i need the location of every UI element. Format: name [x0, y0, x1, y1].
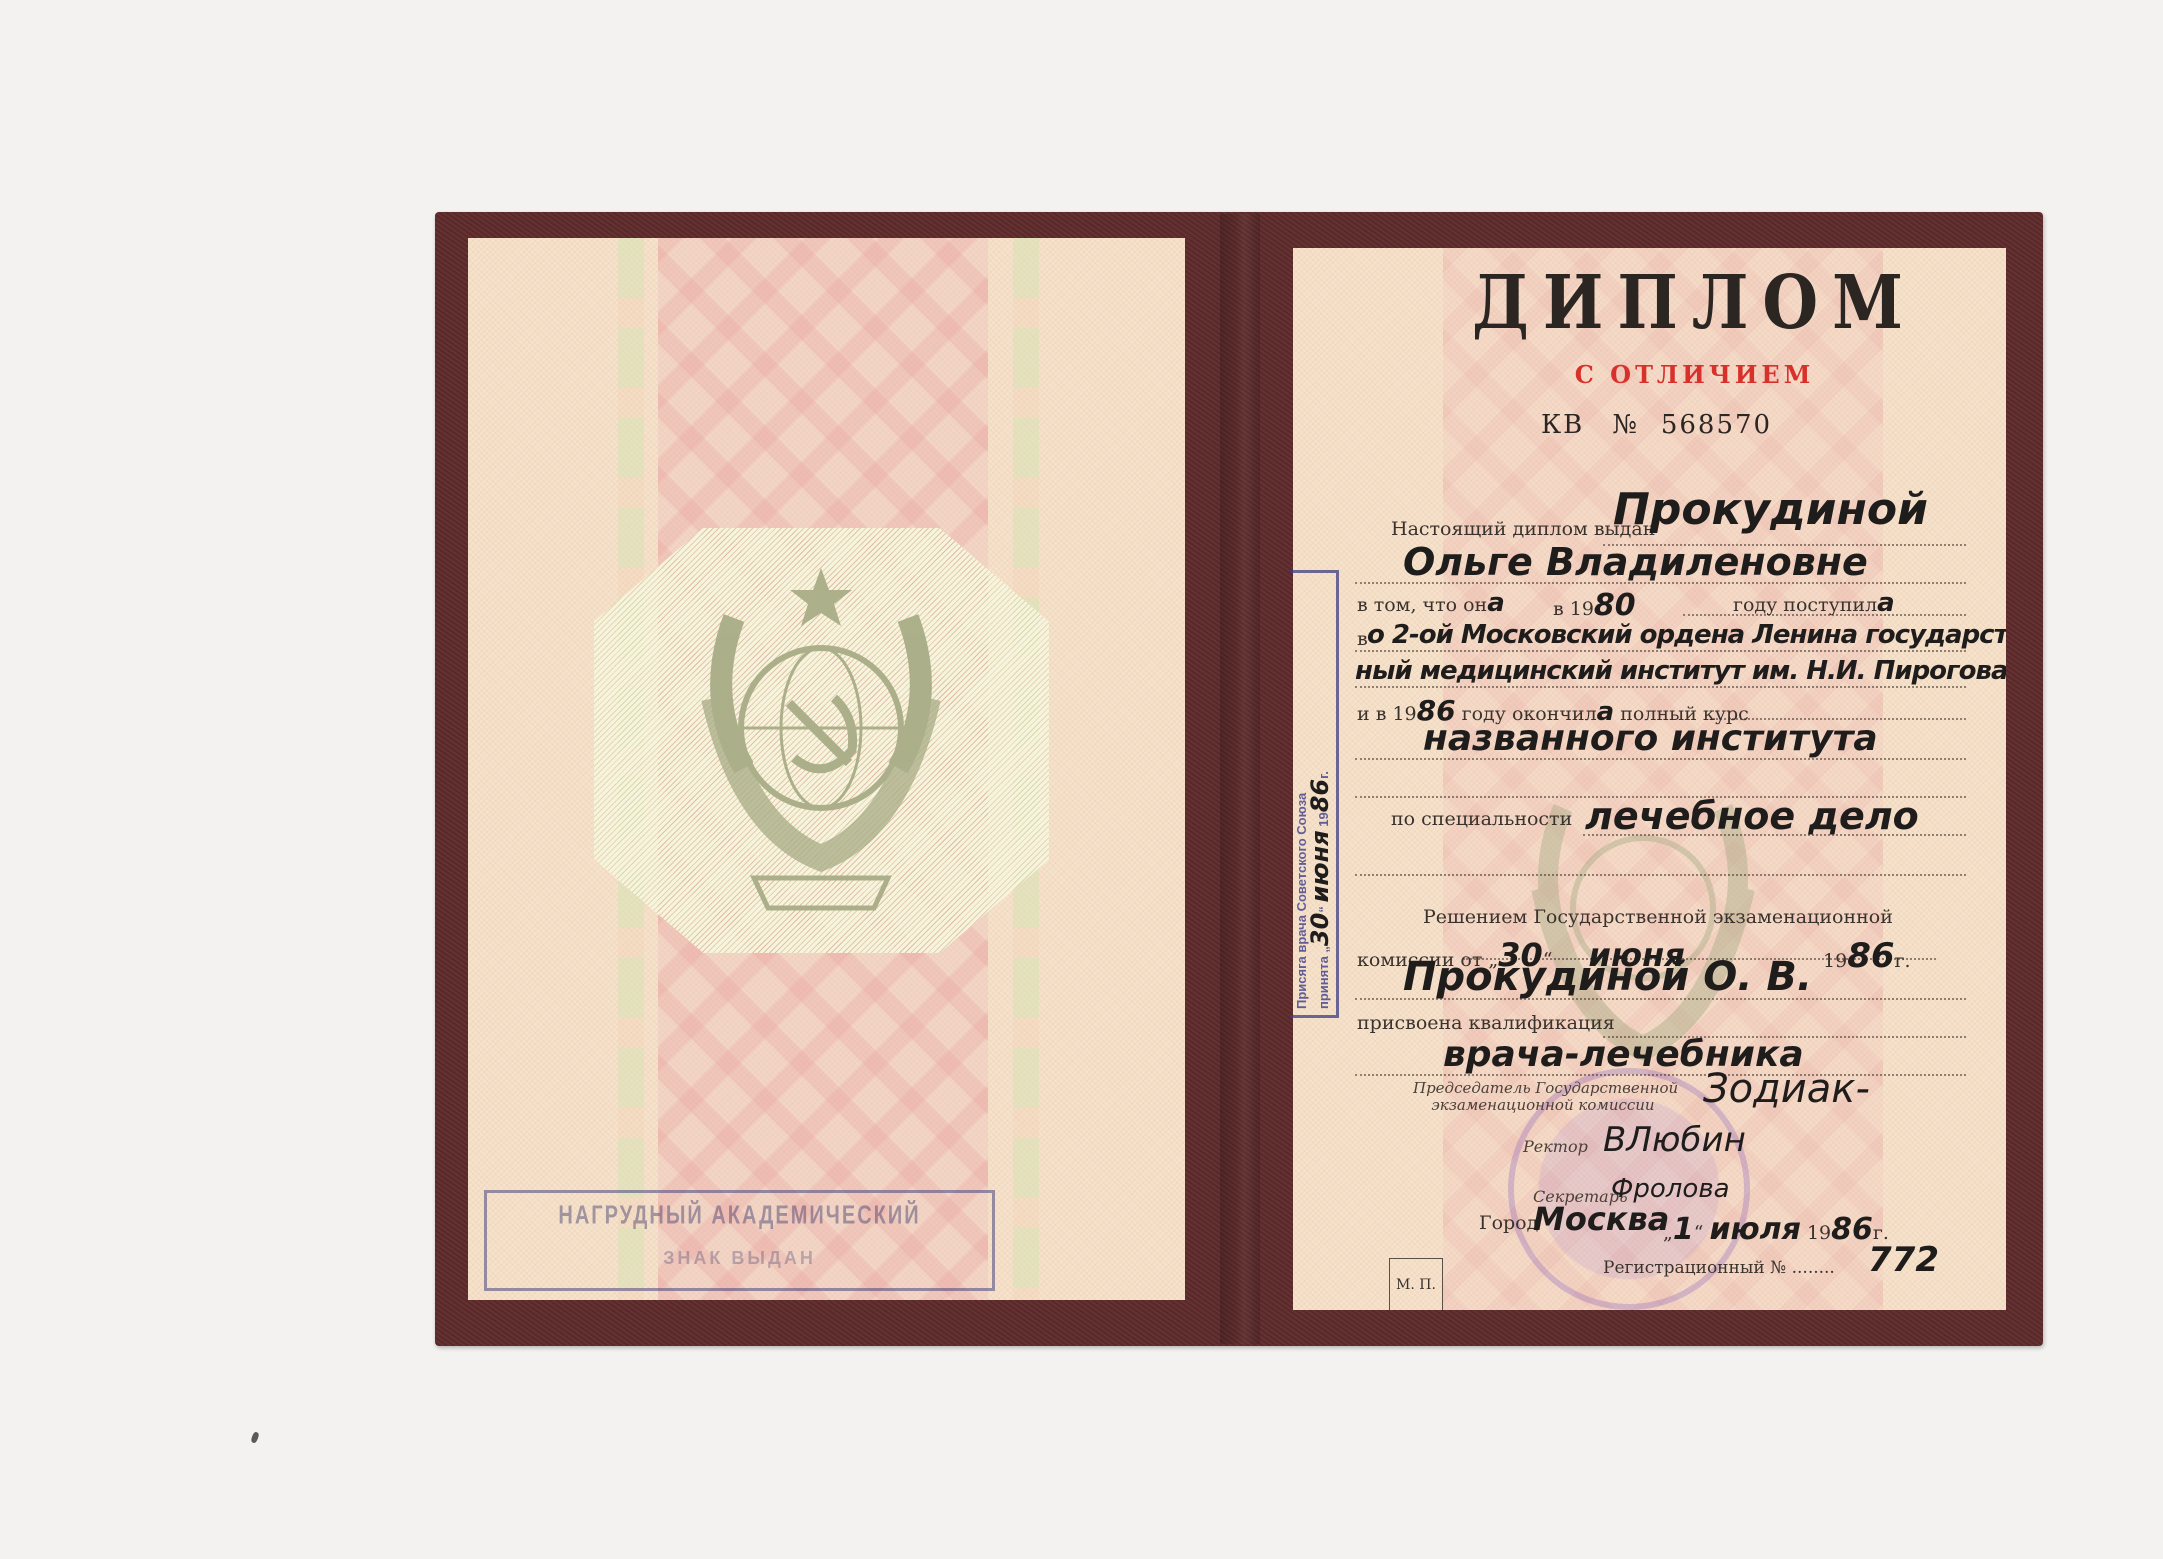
academic-badge-stamp: НАГРУДНЫЙ АКАДЕМИЧЕСКИЙ ЗНАК ВЫДАН: [484, 1190, 995, 1291]
chair-signature: Зодиак-: [1703, 1066, 1870, 1112]
field-line: [1355, 686, 1966, 688]
course-value: названного института: [1423, 718, 1878, 759]
institute-line-1: о 2-ой Московский ордена Ленина государс…: [1367, 620, 2006, 650]
enroll-year: 80: [1594, 588, 1636, 623]
number-sign: №: [1612, 410, 1639, 440]
scanner-speck: [250, 1431, 259, 1443]
city-value: Москва: [1533, 1200, 1669, 1238]
seal-place-box: М. П.: [1389, 1258, 1443, 1310]
diploma-subtitle: С ОТЛИЧИЕМ: [1293, 360, 2006, 389]
oath-day: 30: [1306, 913, 1334, 946]
diploma-title: ДИПЛОМ: [1293, 260, 2006, 346]
physician-oath-stamp: Присяга врача Советского Союза принята „…: [1290, 570, 1339, 1018]
field-line: [1355, 650, 1966, 652]
diploma-spine: [1220, 214, 1260, 1344]
ussr-coat-of-arms-icon: [594, 528, 1049, 953]
recipient-surname: Прокудиной: [1613, 484, 1928, 535]
oath-year: 86: [1306, 779, 1334, 812]
left-page: НАГРУДНЫЙ АКАДЕМИЧЕСКИЙ ЗНАК ВЫДАН: [468, 238, 1185, 1300]
diploma-serial: КВ№568570: [1541, 410, 1772, 440]
institute-line-2: ный медицинский институт им. Н.И. Пирого…: [1355, 656, 2006, 686]
specialty-value: лечебное дело: [1585, 794, 1919, 838]
issue-day: 1: [1673, 1212, 1694, 1247]
decision-year: 86: [1847, 936, 1894, 976]
recipient-name: Ольге Владиленовне: [1403, 540, 1868, 584]
oath-month: июня: [1306, 830, 1334, 902]
recipient-short: Прокудиной О. В.: [1403, 954, 1812, 1000]
rector-signature: ВЛюбин: [1603, 1120, 1746, 1160]
series: КВ: [1541, 410, 1584, 440]
serial-number: 568570: [1661, 410, 1772, 440]
registration-number: 772: [1868, 1240, 1939, 1280]
issue-year: 86: [1831, 1212, 1873, 1247]
issue-month: июля: [1709, 1212, 1800, 1247]
field-line: [1355, 874, 1966, 876]
right-page: ДИПЛОМ С ОТЛИЧИЕМ КВ№568570 Настоящий ди…: [1293, 248, 2006, 1310]
